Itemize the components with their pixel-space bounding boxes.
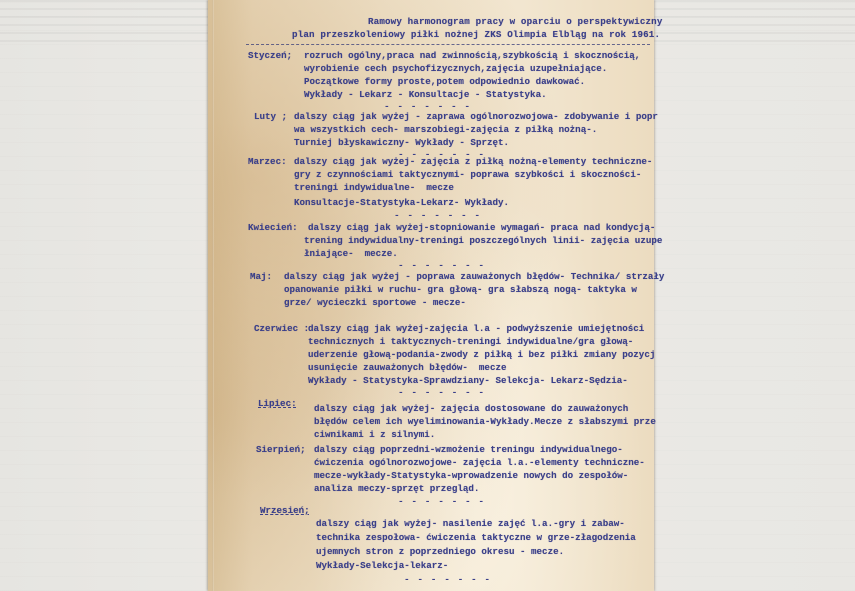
section-line: gry z czynnościami taktycznymi- poprawa … [294, 169, 641, 181]
month-label: Kwiecień: [248, 222, 298, 234]
section-line: dalszy ciąg jak wyżej- nasilenie zajęć l… [316, 518, 625, 530]
month-label: Luty ; [254, 111, 287, 123]
background-document-right [654, 0, 855, 42]
section-line: rozruch ogólny,praca nad zwinnością,szyb… [304, 50, 640, 62]
section-separator: - - - - - - - [398, 260, 485, 271]
title-line-2: plan przeszkoleniowy piłki nożnej ZKS Ol… [292, 29, 660, 41]
section-line: dalszy ciąg jak wyżej-stopniowanie wymag… [308, 222, 655, 234]
section-line: technika zespołowa- ćwiczenia taktyczne … [316, 532, 636, 544]
section-separator: - - - - - - - [398, 496, 485, 507]
section-line: Wykłady-Selekcja-lekarz- [316, 560, 448, 572]
section-line: Wykłady - Statystyka-Sprawdziany- Selekc… [308, 375, 628, 387]
section-line: grze/ wycieczki sportowe - mecze- [284, 297, 466, 309]
month-label: Styczeń; [248, 50, 292, 62]
section-line: dalszy ciąg jak wyżej-zajęcia l.a - podw… [308, 323, 644, 335]
section-line: ciwnikami i z silnymi. [314, 429, 435, 441]
section-separator: - - - - - - - [398, 387, 485, 398]
section-line: ujemnych stron z poprzedniego okresu - m… [316, 546, 564, 558]
section-line: wa wszystkich cech- marszobiegi-zajęcia … [294, 124, 597, 136]
section-line: analiza meczy-sprzęt przegląd. [314, 483, 479, 495]
section-line: opanowanie piłki w ruchu- gra głową- gra… [284, 284, 637, 296]
section-line: treningi indywidualne- mecze [294, 182, 454, 194]
section-line: dalszy ciąg jak wyżej - zaprawa ogólnoro… [294, 111, 658, 123]
section-line: błędów celem ich wyeliminowania-Wykłady.… [314, 416, 656, 428]
month-label: Maj: [250, 271, 272, 283]
section-line: technicznych i taktycznych-treningi indy… [308, 336, 633, 348]
section-line: Konsultacje-Statystyka-Lekarz- Wykłady. [294, 197, 509, 209]
section-line: trening indywidualny-treningi poszczegól… [304, 235, 662, 247]
section-separator: - - - - - - - [404, 574, 491, 585]
section-line: Wykłady - Lekarz - Konsultacje - Statyst… [304, 89, 547, 101]
section-line: usunięcie zauważonych błędów- mecze [308, 362, 506, 374]
section-line: wyrobienie cech psychofizycznych,zajęcia… [304, 63, 607, 75]
section-line: łniające- mecze. [304, 248, 398, 260]
section-line: Turniej błyskawiczny- Wykłady - Sprzęt. [294, 137, 509, 149]
title-divider [246, 44, 650, 45]
paper-crease [212, 0, 214, 591]
background-document-left [0, 0, 208, 42]
month-label: Lipiec: [258, 398, 297, 410]
section-line: dalszy ciąg jak wyżej- zajęcia dostosowa… [314, 403, 628, 415]
section-separator: - - - - - - - [394, 210, 481, 221]
section-line: dalszy ciąg jak wyżej - poprawa zauważon… [284, 271, 664, 283]
month-label: Marzec: [248, 156, 287, 168]
section-line: ćwiczenia ogólnorozwojowe- zajęcia l.a.-… [314, 457, 645, 469]
month-label: Wrzesień; [260, 505, 310, 517]
month-label: Czerwiec : [254, 323, 309, 335]
typewritten-page: Ramowy harmonogram pracy w oparciu o per… [208, 0, 654, 591]
section-line: dalszy ciąg poprzedni-wzmożenie treningu… [314, 444, 623, 456]
month-label: Sierpień; [256, 444, 306, 456]
section-line: uderzenie głową-podania-zwody z piłką i … [308, 349, 655, 361]
section-line: dalszy ciąg jak wyżej- zajęcia z piłką n… [294, 156, 652, 168]
section-line: Początkowe formy proste,potem odpowiedni… [304, 76, 585, 88]
section-line: mecze-wykłady-Statystyka-wprowadzenie no… [314, 470, 628, 482]
title-line-1: Ramowy harmonogram pracy w oparciu o per… [368, 16, 663, 28]
